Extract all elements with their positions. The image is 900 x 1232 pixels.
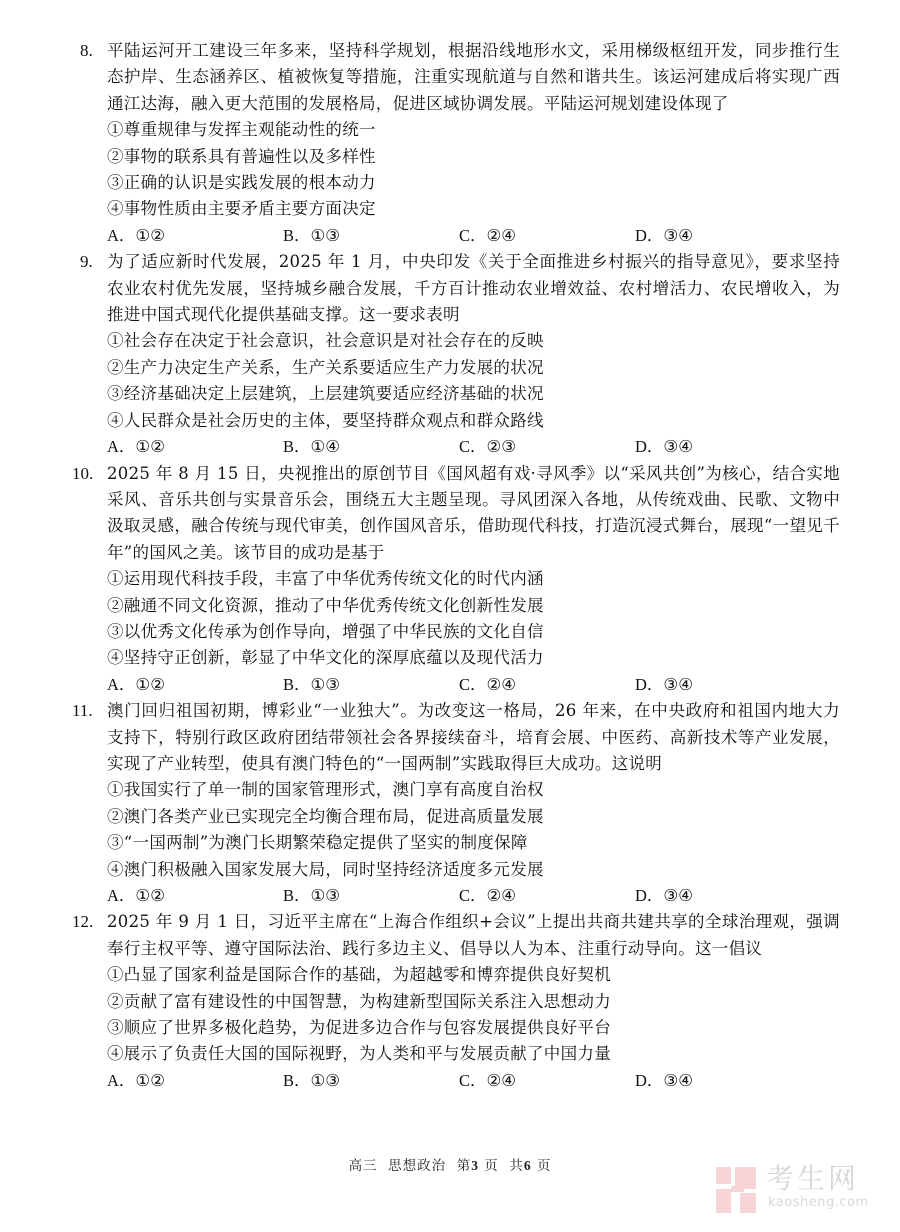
choice-a: A．①② xyxy=(107,223,283,249)
choice-c: C．②④ xyxy=(459,672,635,698)
choice-c: C．②④ xyxy=(459,883,635,909)
choice-d: D．③④ xyxy=(635,672,811,698)
choice-a: A．①② xyxy=(107,1068,283,1094)
question-stem: 为了适应新时代发展，2025 年 1 月，中央印发《关于全面推进乡村振兴的指导意… xyxy=(107,249,840,328)
choice-b: B．①③ xyxy=(283,672,459,698)
watermark-name-en: kaosheng.com xyxy=(768,1195,869,1210)
choice-d: D．③④ xyxy=(635,1068,811,1094)
statement-2: ②澳门各类产业已实现完全均衡合理布局，促进高质量发展 xyxy=(107,804,840,830)
statement-4: ④坚持守正创新，彰显了中华文化的深厚底蕴以及现代活力 xyxy=(107,645,840,671)
choice-d: D．③④ xyxy=(635,434,811,460)
choice-c: C．②④ xyxy=(459,1068,635,1094)
statement-2: ②生产力决定生产关系，生产关系要适应生产力发展的状况 xyxy=(107,355,840,381)
choice-b: B．①③ xyxy=(283,1068,459,1094)
statement-4: ④展示了负责任大国的国际视野，为人类和平与发展贡献了中国力量 xyxy=(107,1041,840,1067)
question-stem: 平陆运河开工建设三年多来，坚持科学规划，根据沿线地形水文，采用梯级枢纽开发，同步… xyxy=(107,38,840,117)
kaosheng-logo-icon xyxy=(716,1167,756,1213)
statement-3: ③“一国两制”为澳门长期繁荣稳定提供了坚实的制度保障 xyxy=(107,830,840,856)
statement-1: ①社会存在决定于社会意识，社会意识是对社会存在的反映 xyxy=(107,328,840,354)
choice-b: B．①④ xyxy=(283,434,459,460)
answer-choices: A．①② B．①③ C．②④ D．③④ xyxy=(107,883,840,909)
statement-list: ①凸显了国家利益是国际合作的基础，为超越零和博弈提供良好契机 ②贡献了富有建设性… xyxy=(107,962,840,1068)
statement-1: ①我国实行了单一制的国家管理形式，澳门享有高度自治权 xyxy=(107,777,840,803)
question-stem: 2025 年 9 月 1 日，习近平主席在“上海合作组织+会议”上提出共商共建共… xyxy=(107,909,840,962)
choice-b: B．①③ xyxy=(283,223,459,249)
question-stem: 2025 年 8 月 15 日，央视推出的原创节目《国风超有戏·寻风季》以“采风… xyxy=(107,461,840,567)
answer-choices: A．①② B．①③ C．②④ D．③④ xyxy=(107,223,840,249)
statement-4: ④澳门积极融入国家发展大局，同时坚持经济适度多元发展 xyxy=(107,857,840,883)
statement-list: ①运用现代科技手段，丰富了中华优秀传统文化的时代内涵 ②融通不同文化资源，推动了… xyxy=(107,566,840,672)
statement-3: ③顺应了世界多极化趋势，为促进多边合作与包容发展提供良好平台 xyxy=(107,1015,840,1041)
statement-2: ②事物的联系具有普遍性以及多样性 xyxy=(107,144,840,170)
answer-choices: A．①② B．①③ C．②④ D．③④ xyxy=(107,1068,840,1094)
statement-list: ①尊重规律与发挥主观能动性的统一 ②事物的联系具有普遍性以及多样性 ③正确的认识… xyxy=(107,117,840,223)
statement-1: ①尊重规律与发挥主观能动性的统一 xyxy=(107,117,840,143)
choice-a: A．①② xyxy=(107,672,283,698)
question-number: 9. xyxy=(80,249,93,275)
page-number: 3 xyxy=(471,1158,479,1173)
statement-4: ④人民群众是社会历史的主体，要坚持群众观点和群众路线 xyxy=(107,408,840,434)
choice-c: C．②④ xyxy=(459,223,635,249)
statement-3: ③以优秀文化传承为创作导向，增强了中华民族的文化自信 xyxy=(107,619,840,645)
choice-d: D．③④ xyxy=(635,883,811,909)
question-number: 10. xyxy=(72,461,93,487)
statement-3: ③经济基础决定上层建筑，上层建筑要适应经济基础的状况 xyxy=(107,381,840,407)
answer-choices: A．①② B．①③ C．②④ D．③④ xyxy=(107,672,840,698)
exam-page: 8. 平陆运河开工建设三年多来，坚持科学规划，根据沿线地形水文，采用梯级枢纽开发… xyxy=(0,0,900,1232)
statement-3: ③正确的认识是实践发展的根本动力 xyxy=(107,170,840,196)
statement-2: ②融通不同文化资源，推动了中华优秀传统文化创新性发展 xyxy=(107,593,840,619)
answer-choices: A．①② B．①④ C．②③ D．③④ xyxy=(107,434,840,460)
choice-b: B．①③ xyxy=(283,883,459,909)
choice-d: D．③④ xyxy=(635,223,811,249)
choice-a: A．①② xyxy=(107,434,283,460)
footer-grade: 高三 xyxy=(349,1158,378,1174)
statement-2: ②贡献了富有建设性的中国智慧，为构建新型国际关系注入思想动力 xyxy=(107,989,840,1015)
statement-1: ①运用现代科技手段，丰富了中华优秀传统文化的时代内涵 xyxy=(107,566,840,592)
question-8: 8. 平陆运河开工建设三年多来，坚持科学规划，根据沿线地形水文，采用梯级枢纽开发… xyxy=(80,38,840,249)
question-9: 9. 为了适应新时代发展，2025 年 1 月，中央印发《关于全面推进乡村振兴的… xyxy=(80,249,840,460)
total-pages: 6 xyxy=(524,1158,532,1173)
question-number: 12. xyxy=(72,909,93,935)
watermark-name-cn: 考生网 xyxy=(766,1161,859,1197)
question-number: 8. xyxy=(80,38,93,64)
statement-list: ①我国实行了单一制的国家管理形式，澳门享有高度自治权 ②澳门各类产业已实现完全均… xyxy=(107,777,840,883)
question-12: 12. 2025 年 9 月 1 日，习近平主席在“上海合作组织+会议”上提出共… xyxy=(80,909,840,1094)
footer-subject: 思想政治 xyxy=(388,1158,446,1174)
choice-c: C．②③ xyxy=(459,434,635,460)
statement-list: ①社会存在决定于社会意识，社会意识是对社会存在的反映 ②生产力决定生产关系，生产… xyxy=(107,328,840,434)
question-11: 11. 澳门回归祖国初期，博彩业“一业独大”。为改变这一格局，26 年来，在中央… xyxy=(80,698,840,909)
statement-4: ④事物性质由主要矛盾主要方面决定 xyxy=(107,196,840,222)
question-number: 11. xyxy=(72,698,93,724)
kaosheng-watermark: 考生网 kaosheng.com xyxy=(716,1167,896,1223)
question-list: 8. 平陆运河开工建设三年多来，坚持科学规划，根据沿线地形水文，采用梯级枢纽开发… xyxy=(80,38,840,1094)
choice-a: A．①② xyxy=(107,883,283,909)
question-stem: 澳门回归祖国初期，博彩业“一业独大”。为改变这一格局，26 年来，在中央政府和祖… xyxy=(107,698,840,777)
question-10: 10. 2025 年 8 月 15 日，央视推出的原创节目《国风超有戏·寻风季》… xyxy=(80,461,840,699)
statement-1: ①凸显了国家利益是国际合作的基础，为超越零和博弈提供良好契机 xyxy=(107,962,840,988)
